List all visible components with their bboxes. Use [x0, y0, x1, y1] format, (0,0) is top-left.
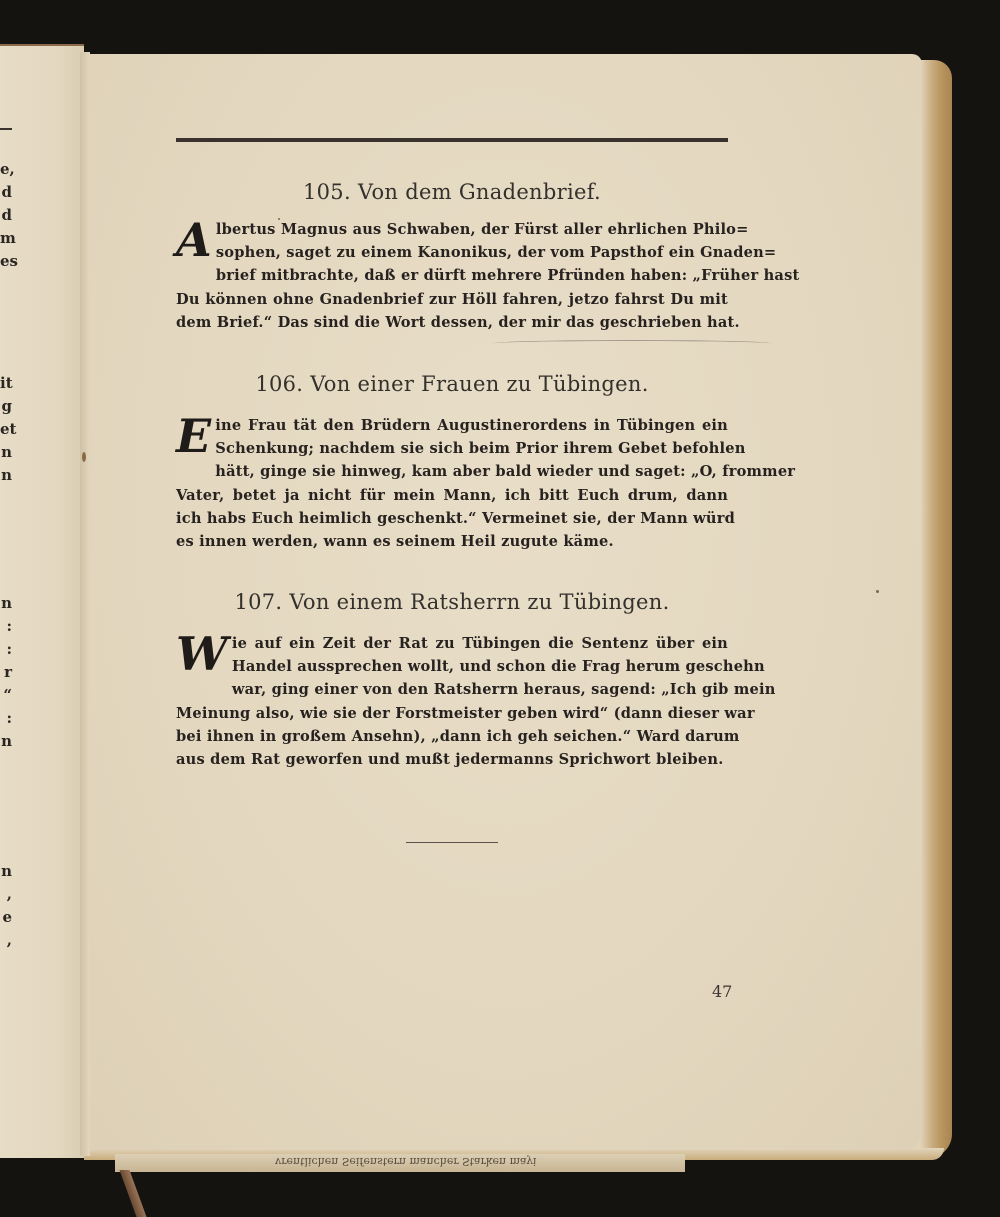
left-page-fragment: es	[0, 254, 12, 269]
book-gutter	[80, 52, 90, 1156]
text-line: aus dem Rat geworfen und mußt jedermanns…	[176, 748, 728, 771]
left-page-fragment: n	[0, 596, 12, 611]
left-page-fragment: e,	[0, 162, 12, 177]
left-page-fragment: n	[0, 445, 12, 460]
text-line: ie auf ein Zeit der Rat zu Tübingen die …	[176, 632, 728, 655]
story-title-105: 105. Von dem Gnadenbrief.	[176, 180, 728, 204]
left-page-fragment: e	[0, 910, 12, 925]
left-page-fragment: g	[0, 399, 12, 414]
left-page: e, d d m es it g et n n n : : r “ : n n …	[0, 44, 84, 1158]
paper-stain	[82, 452, 86, 462]
left-page-fragment: d	[0, 208, 12, 223]
text-line: sophen, saget zu einem Kanonikus, der vo…	[176, 241, 728, 264]
text-line: brief mitbrachte, daß er dürft mehrere P…	[176, 264, 728, 287]
story-title-106: 106. Von einer Frauen zu Tübingen.	[176, 372, 728, 396]
left-page-fragment: ,	[0, 887, 12, 902]
left-page-fragment: ,	[0, 933, 12, 948]
torn-paper-strip: vrentlichen Seifenstern mancher Starken …	[115, 1154, 685, 1172]
text-line: war, ging einer von den Ratsherrn heraus…	[176, 678, 728, 701]
left-page-fragment: et	[0, 422, 12, 437]
drop-cap: A	[176, 219, 212, 265]
text-line: Schenkung; nachdem sie sich beim Prior i…	[176, 437, 728, 460]
section-end-rule	[406, 842, 498, 843]
text-line: hätt, ginge sie hinweg, kam aber bald wi…	[176, 460, 728, 483]
left-page-fragment: n	[0, 864, 12, 879]
text-line: ich habs Euch heimlich geschenkt.“ Verme…	[176, 507, 728, 530]
paper-speck	[278, 218, 280, 220]
left-page-fragment: :	[0, 711, 12, 726]
left-page-fragment: d	[0, 185, 12, 200]
story-text-107: W ie auf ein Zeit der Rat zu Tübingen di…	[176, 632, 728, 771]
text-line: es innen werden, wann es seinem Heil zug…	[176, 530, 728, 553]
left-page-fragment: n	[0, 734, 12, 749]
story-title-107: 107. Von einem Ratsherrn zu Tübingen.	[176, 590, 728, 614]
page-number: 47	[712, 982, 732, 1001]
text-line: Vater, betet ja nicht für mein Mann, ich…	[176, 484, 728, 507]
text-line: Handel aussprechen wollt, und schon die …	[176, 655, 728, 678]
page-header-rule	[176, 138, 728, 142]
left-page-rule	[0, 128, 12, 130]
left-page-fragment: m	[0, 231, 12, 246]
text-line: Meinung also, wie sie der Forstmeister g…	[176, 702, 728, 725]
paper-speck	[876, 590, 879, 593]
text-line: Du können ohne Gnadenbrief zur Höll fahr…	[176, 288, 728, 311]
left-page-fragment: n	[0, 468, 12, 483]
left-page-fragment: r	[0, 665, 12, 680]
story-text-106: E ine Frau tät den Brüdern Augustinerord…	[176, 414, 728, 553]
left-page-fragment: it	[0, 376, 12, 391]
drop-cap: W	[176, 633, 228, 679]
left-page-fragment: :	[0, 642, 12, 657]
text-line: bei ihnen in großem Ansehn), „dann ich g…	[176, 725, 728, 748]
text-line: lbertus Magnus aus Schwaben, der Fürst a…	[176, 218, 728, 241]
story-text-105: A lbertus Magnus aus Schwaben, der Fürst…	[176, 218, 728, 334]
text-line: ine Frau tät den Brüdern Augustinerorden…	[176, 414, 728, 437]
left-page-fragment: :	[0, 619, 12, 634]
drop-cap: E	[176, 415, 211, 461]
pencil-underline-mark	[492, 340, 772, 347]
mirrored-strip-text: vrentlichen Seifenstern mancher Starken …	[275, 1155, 536, 1168]
text-line: dem Brief.“ Das sind die Wort dessen, de…	[176, 311, 728, 334]
left-page-fragment: “	[0, 688, 12, 703]
